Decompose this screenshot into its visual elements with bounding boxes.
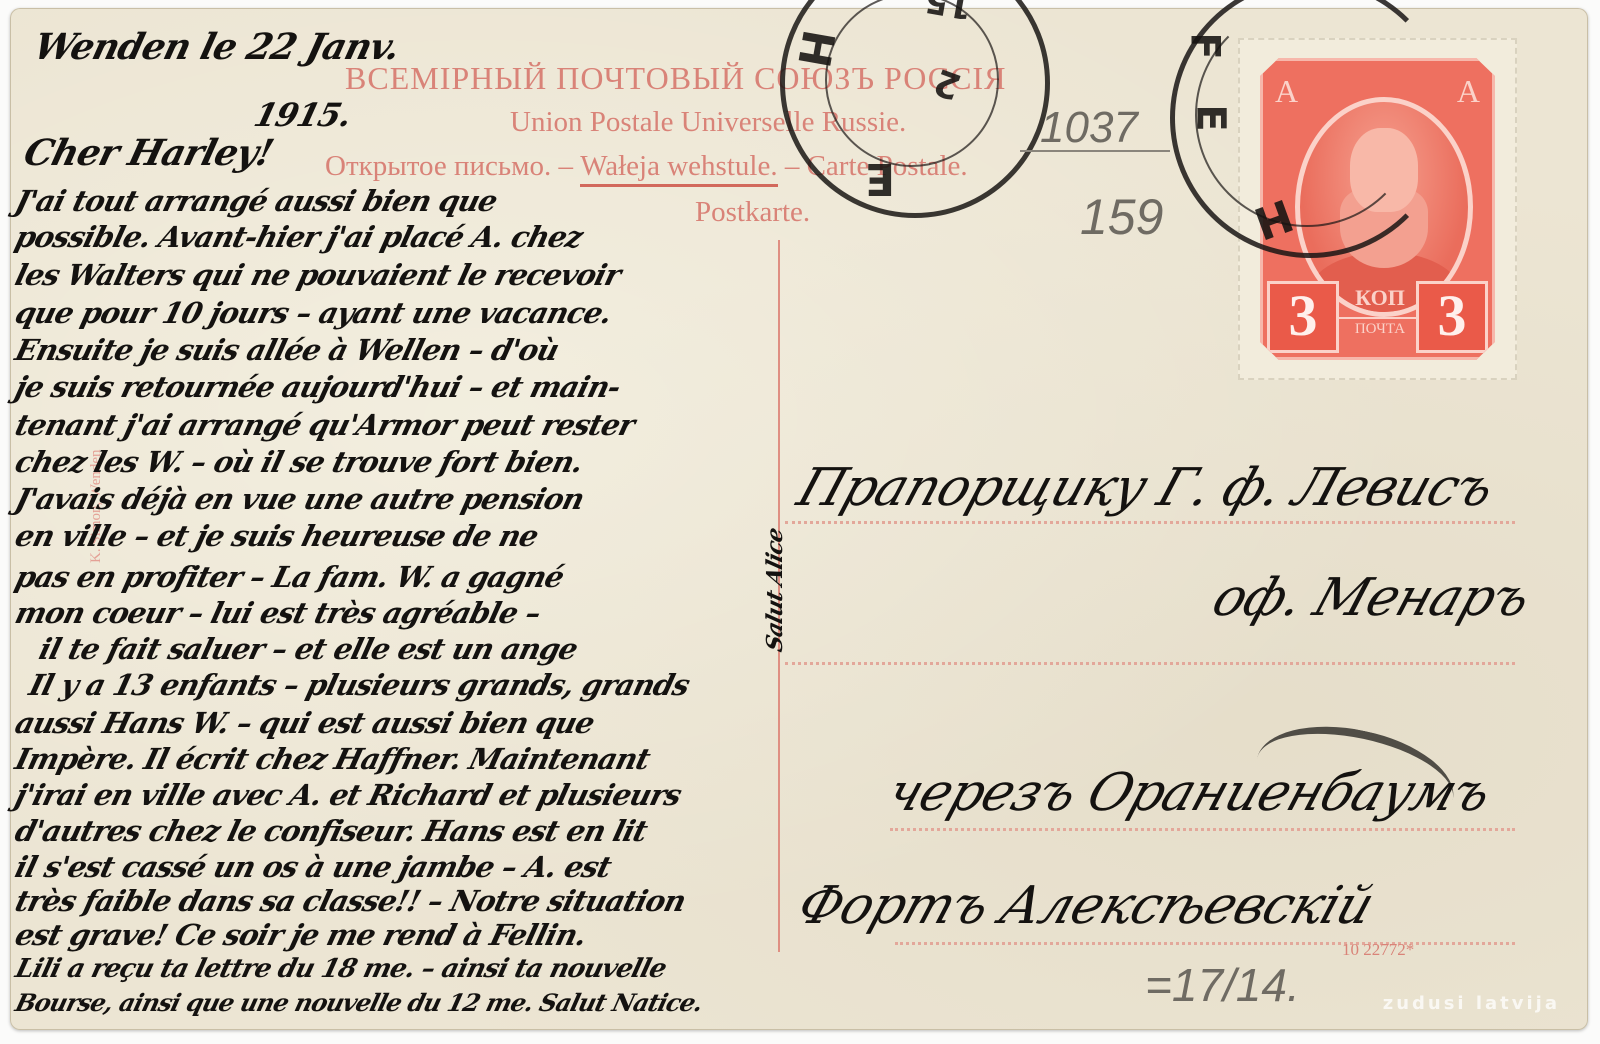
letter-line: j'irai en ville avec A. et Richard et pl… <box>12 778 685 812</box>
letter-year: 1915. <box>250 96 355 134</box>
postmark-stamp-letter-3: F <box>1182 32 1228 59</box>
pencil-note-bottom: =17/14. <box>1145 958 1300 1012</box>
letter-dateline: Wenden le 22 Janv. <box>30 26 404 68</box>
letter-line: est grave! Ce soir je me rend à Fellin. <box>12 918 590 952</box>
letter-line: aussi Hans W. – qui est aussi bien que <box>12 706 598 740</box>
letter-line: que pour 10 jours – ayant une vacance. <box>12 296 615 330</box>
stamp-value-panel: 3 КОП ПОЧТА 3 <box>1263 275 1492 357</box>
letter-line: tenant j'ai arrangé qu'Armor peut rester <box>12 408 638 442</box>
address-dotted-line-1 <box>785 521 1515 524</box>
address-dotted-line-3 <box>890 828 1515 831</box>
postcard: ВСЕМІРНЫЙ ПОЧТОВЫЙ СОЮЗЪ РОССІЯ Union Po… <box>10 8 1588 1030</box>
letter-line: J'ai tout arrangé aussi bien que <box>12 184 501 218</box>
letter-line: Ensuite je suis allée à Wellen – d'où <box>12 333 562 367</box>
postmark-center-letter-2: Е <box>865 153 895 204</box>
letter-line: les Walters qui ne pouvaient le recevoir <box>12 258 624 292</box>
postmark-center-inner-ring <box>825 0 999 167</box>
address-line-via: черезъ Ораниенбаумъ <box>880 763 1498 823</box>
address-line-unit: оф. Менаръ <box>1205 568 1537 628</box>
letter-line: en ville – et je suis heureuse de ne <box>12 519 542 553</box>
serial-number: 10 22772* <box>1342 940 1414 960</box>
pencil-note-number: 159 <box>1080 188 1163 246</box>
letter-line: possible. Avant-hier j'ai placé A. chez <box>12 220 586 254</box>
address-dotted-line-2 <box>785 662 1515 665</box>
pencil-underline <box>1020 150 1170 152</box>
address-dotted-line-4 <box>895 942 1515 945</box>
watermark: zudusi latvija <box>1383 993 1560 1014</box>
header-card-type-ru: Открытое письмо. – <box>325 150 580 182</box>
letter-line: je suis retournée aujourd'hui – et main- <box>12 370 624 404</box>
letter-line: Lili a reçu ta lettre du 18 me. – ainsi … <box>12 954 669 984</box>
stamp-denomination-right: 3 <box>1416 281 1488 353</box>
stamp-corner-letter-right: А <box>1457 73 1480 110</box>
letter-line: J'avais déjà en vue une autre pension <box>12 482 588 516</box>
letter-line: il s'est cassé un os à une jambe – A. es… <box>12 850 615 884</box>
letter-salutation: Cher Harley! <box>20 132 277 174</box>
stamp-denomination-left: 3 <box>1267 281 1339 353</box>
letter-line: Bourse, ainsi que une nouvelle du 12 me.… <box>12 988 705 1017</box>
address-line-fort: Фортъ Алексѣевскій <box>790 876 1380 936</box>
letter-margin-note: Salut Alice <box>762 526 788 655</box>
stamp-currency: КОП <box>1343 285 1417 311</box>
pencil-note-ref: 1037 <box>1040 103 1138 153</box>
letter-line: Il y a 13 enfants – plusieurs grands, gr… <box>26 668 693 702</box>
letter-line: d'autres chez le confiseur. Hans est en … <box>12 814 651 848</box>
stamp-label: ПОЧТА <box>1337 317 1423 338</box>
address-line-recipient: Прапорщику Г. ф. Левисъ <box>790 458 1500 518</box>
postmark-center: Н Е 2 15 <box>780 0 1050 218</box>
postmark-center-letter-1: Н <box>787 26 844 71</box>
header-card-type-lv: Wałeja wehstule. <box>580 150 777 187</box>
letter-line: très faible dans sa classe!! – Notre sit… <box>12 884 689 918</box>
letter-line: Impère. Il écrit chez Haffner. Maintenan… <box>12 742 653 776</box>
letter-line: il te fait saluer – et elle est un ange <box>36 632 581 666</box>
letter-line: mon coeur – lui est très agréable – <box>12 596 544 630</box>
postmark-stamp-letter-1: Е <box>1188 104 1234 131</box>
letter-line: pas en profiter – La fam. W. a gagné <box>12 560 567 594</box>
letter-line: chez les W. – où il se trouve fort bien. <box>12 445 587 479</box>
header-postkarte: Postkarte. <box>695 196 810 229</box>
